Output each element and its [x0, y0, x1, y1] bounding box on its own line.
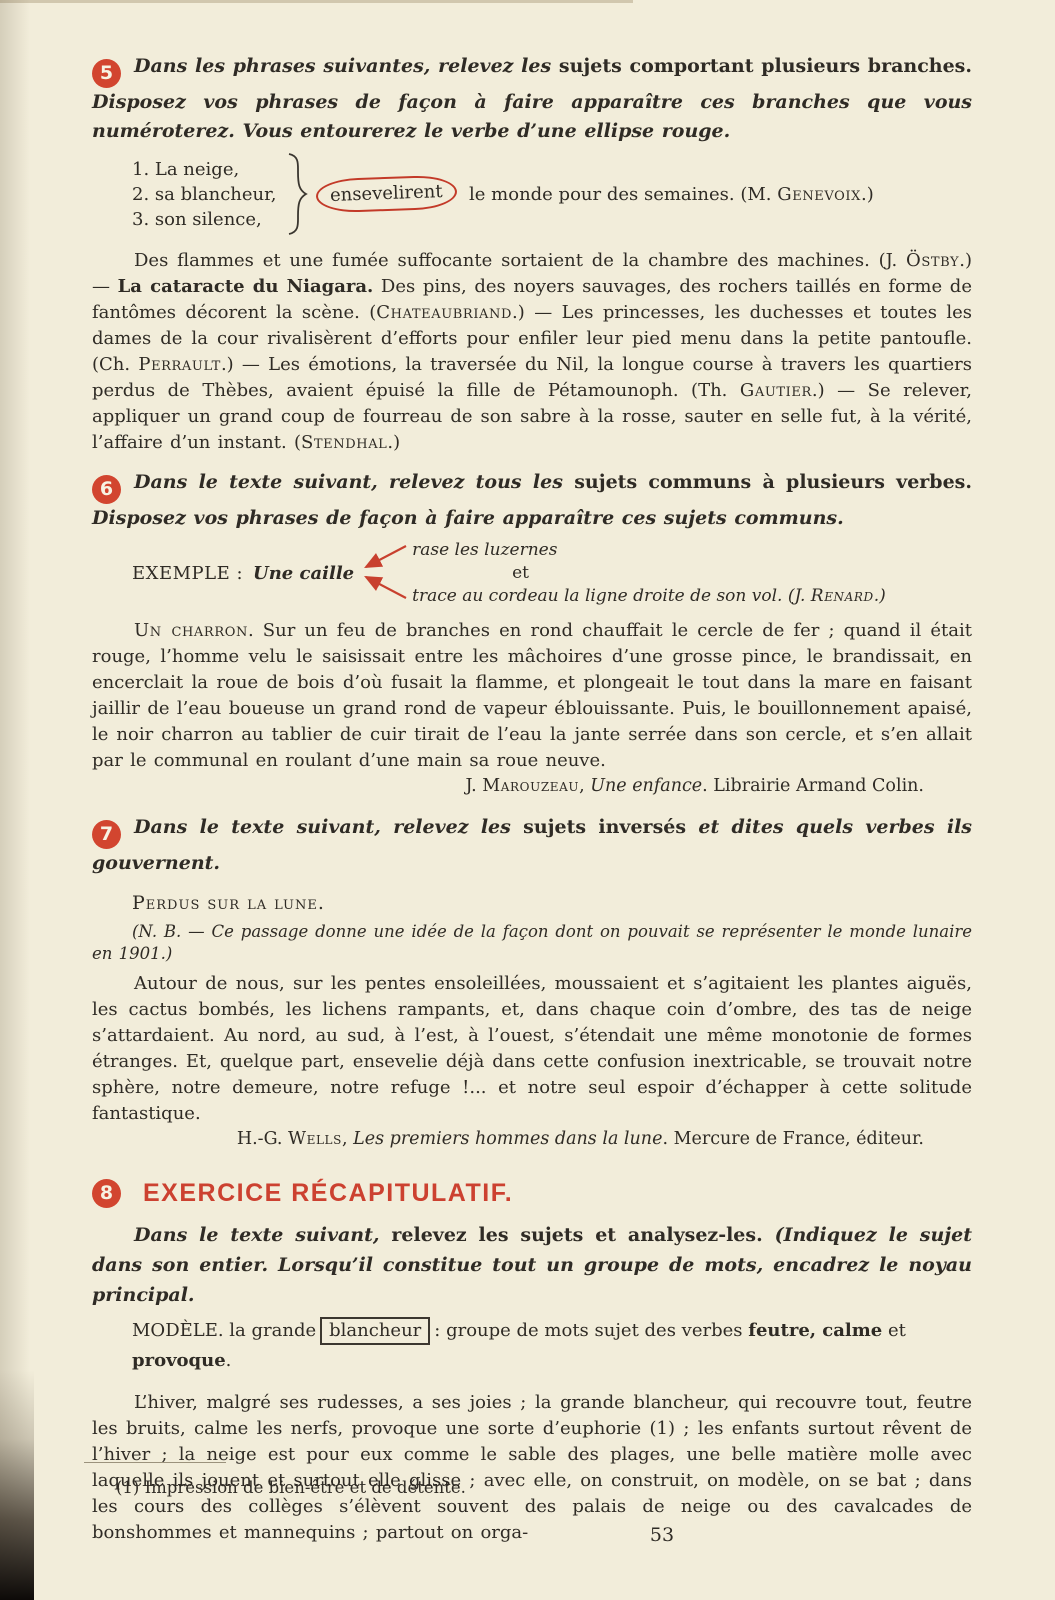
- attribution-wells: H.-G. Wells, Les premiers hommes dans la…: [92, 1127, 972, 1152]
- subject-branch-list: 1. La neige, 2. sa blancheur, 3. son sil…: [132, 157, 276, 232]
- exercise-7-header: 7Dans le texte suivant, relevez les suje…: [92, 813, 972, 878]
- exemple-label: EXEMPLE :: [132, 563, 243, 584]
- bottom-left-shadow: [0, 1370, 34, 1600]
- exercise-8-number-badge: 8: [92, 1179, 121, 1208]
- page: { "page": {"number": "53", "accent_red":…: [0, 0, 1055, 1600]
- exercise-8-title-text: EXERCICE RÉCAPITULATIF.: [143, 1179, 513, 1207]
- exercise-6-header: 6Dans le texte suivant, relevez tous les…: [92, 468, 972, 533]
- paragraph-hiver: L’hiver, malgré ses rudesses, a ses joie…: [92, 1390, 972, 1546]
- brace-icon: [286, 152, 308, 236]
- page-content: 5Dans les phrases suivantes, relevez les…: [92, 0, 972, 1546]
- example-sentence-tail: le monde pour des semaines. (M. Genevoix…: [469, 184, 874, 205]
- exercise-8-title: 8EXERCICE RÉCAPITULATIF.: [92, 1176, 972, 1210]
- branch-top: rase les luzernes: [412, 539, 886, 562]
- list-item: 1. La neige,: [132, 157, 276, 182]
- exercise-5-instruction: Dans les phrases suivantes, relevez les …: [92, 55, 972, 142]
- book-spine-shadow: [0, 0, 30, 1600]
- paragraph-lune: Autour de nous, sur les pentes ensoleill…: [92, 971, 972, 1127]
- exercise-6-example-diagram: EXEMPLE : Une caille rase les luzernes e…: [132, 539, 972, 608]
- paragraph-charron: Un charron. Sur un feu de branches en ro…: [92, 618, 972, 774]
- exemple-subject: Une caille: [253, 563, 354, 584]
- exercise-5-example-diagram: 1. La neige, 2. sa blancheur, 3. son sil…: [132, 152, 972, 236]
- list-item: 3. son silence,: [132, 207, 276, 232]
- red-arrows-icon: [356, 540, 410, 608]
- exercise-7-number-badge: 7: [92, 820, 121, 849]
- page-number: 53: [612, 1524, 712, 1546]
- exercise-7-instruction: Dans le texte suivant, relevez les sujet…: [92, 816, 972, 874]
- text-title-lune: Perdus sur la lune.: [132, 890, 972, 916]
- footnote-rule: [84, 1462, 226, 1463]
- verb-branches: rase les luzernes et trace au cordeau la…: [412, 539, 886, 608]
- branch-bottom: trace au cordeau la ligne droite de son …: [412, 585, 886, 608]
- nb-note: (N. B. — Ce passage donne une idée de la…: [92, 921, 972, 965]
- modele-line: MODÈLE. la grandeblancheur: groupe de mo…: [132, 1316, 972, 1376]
- exercise-5-number-badge: 5: [92, 59, 121, 88]
- paragraph-quotes-1: Des flammes et une fumée suffocante sort…: [92, 248, 972, 456]
- branch-mid: et: [412, 562, 886, 585]
- red-ellipse-verb: ensevelirent: [316, 175, 458, 214]
- list-item: 2. sa blancheur,: [132, 182, 276, 207]
- exercise-5-header: 5Dans les phrases suivantes, relevez les…: [92, 52, 972, 146]
- attribution-marouzeau: J. Marouzeau, Une enfance. Librairie Arm…: [92, 774, 972, 799]
- exercise-6-number-badge: 6: [92, 475, 121, 504]
- exercise-8-instruction: Dans le texte suivant, relevez les sujet…: [92, 1220, 972, 1310]
- exercise-6-instruction: Dans le texte suivant, relevez tous les …: [92, 471, 972, 529]
- footnote: (1) Impression de bien-être et de détent…: [116, 1478, 466, 1497]
